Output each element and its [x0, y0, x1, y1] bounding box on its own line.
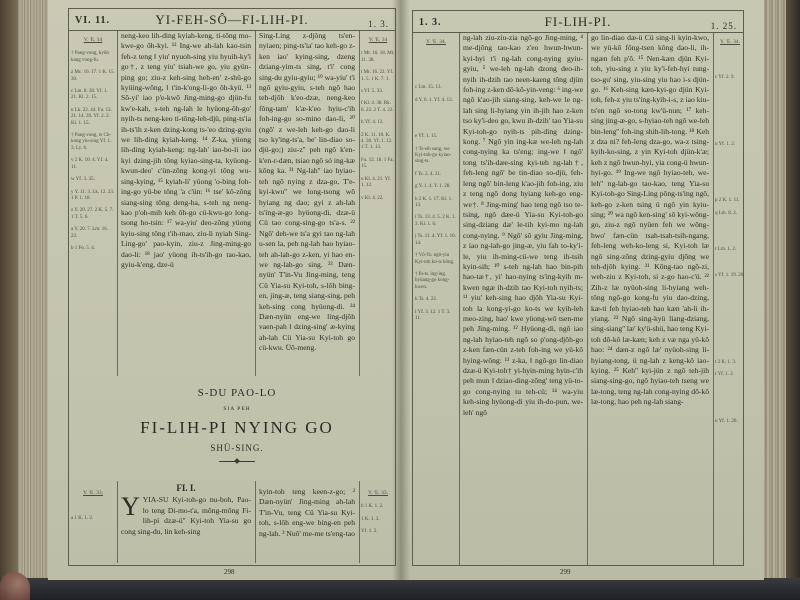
margin-heading: V. 'E. 34 — [71, 37, 115, 43]
margin-ref: h 2 K. 1. 17. Kl. 1. 13. — [415, 197, 457, 210]
page-number-right: 299 — [560, 568, 571, 576]
margin-ref: l Yf. 3. 12. 1 T. 3. 11. — [415, 310, 457, 323]
margin-ref: a Y. 20. 7. Lm. 16. 23. — [71, 227, 115, 240]
column-rule — [255, 481, 256, 563]
column-rule — [359, 31, 360, 376]
chapter-margin-right: Y. 'E. 33. b 1 K. 1. 2. 1 K. 1. 3. Yf. 1… — [361, 484, 395, 564]
margin-ref: t Mt. 16. 22. Yf. 1. 5. 1 K. 7. 1. — [361, 70, 395, 83]
margin-ref: a 1 K. 1. 2. — [71, 516, 115, 522]
title-sia-peh: SIA PEH — [117, 406, 357, 412]
margin-ref: i Ts. 13. 4. 5. 2 K. 1. 3. Kl. 1. 6. — [415, 215, 457, 228]
margin-heading: Y. 'E. 33. — [71, 490, 115, 496]
book-page-edges-right — [764, 0, 800, 600]
margin-ref: k Ts. 4. 22. — [415, 297, 457, 303]
column-rule — [255, 31, 256, 376]
margin-ref: d Y. 6. 1. Yf. 4. 13. — [415, 98, 457, 104]
book-page-edges-left — [0, 0, 48, 600]
right-running-head: 1. 3. FI-LIH-PI. 1. 25. — [413, 11, 743, 33]
epistle-title-block: S-DU PAO-LO SIA PEH FI-LIH-PI NYING GO S… — [117, 387, 357, 462]
column-rule — [117, 31, 118, 376]
margin-ref: † Pang-vong, ts Ch-kong yiu-sing Yf. 1. … — [71, 133, 115, 152]
margin-ref: Yf. 1. 2. — [361, 529, 395, 535]
margin-ref: s Yf. 5. 33. — [361, 89, 395, 95]
column-rule — [587, 33, 588, 565]
margin-ref: t Yf. 1. 2. — [715, 372, 745, 378]
left-page: VI. 11. YI-FEH-SÔ—FI-LIH-PI. 1. 3. V. 'E… — [48, 0, 400, 580]
right-inner-margin-refs: Y. 'E. 34. c Lm. 15. 13. d Y. 6. 1. Yf. … — [415, 33, 457, 553]
left-header-title: YI-FEH-SÔ—FI-LIH-PI. — [69, 12, 395, 28]
margin-ref: t 2 K. 1. 3. — [715, 360, 745, 366]
right-page-frame: 1. 3. FI-LIH-PI. 1. 25. Y. 'E. 34. c Lm.… — [412, 10, 744, 566]
margin-ref: j Ts. 11. 4. Yf. 1. 10. 14. — [415, 234, 457, 247]
margin-ref: z Mc. 16. 17. 1 K. 15. 30. — [71, 70, 115, 83]
margin-ref: 2 K. 11. 10. K. 4. 38. Yf. 1. 12. 1 T. 1… — [361, 133, 395, 152]
chapter-heading: FI. I. — [121, 483, 251, 493]
book-gutter — [392, 0, 410, 580]
margin-ref: r Lm. 1. 2. — [715, 247, 745, 253]
left-running-head: VI. 11. YI-FEH-SÔ—FI-LIH-PI. 1. 3. — [69, 9, 395, 31]
margin-ref: b 1 Fo. 5. 4. — [71, 246, 115, 252]
right-page: 1. 3. FI-LIH-PI. 1. 25. Y. 'E. 34. c Lm.… — [400, 0, 764, 580]
margin-ref: † Ts-sih sang, we Kyi-toh-go kyiao-sing-… — [415, 147, 457, 166]
margin-ref: s Yf. 1. 19. 20. — [715, 273, 745, 279]
margin-ref: c Lm. 15. 13. — [415, 85, 457, 91]
margin-ref: q Lm. 8. 2. — [715, 211, 745, 217]
ornament-divider — [219, 461, 255, 462]
margin-ref: g Y. 1. 4. Y. 1. 28. — [415, 184, 457, 190]
margin-ref: Fu. 12. 18. 1 Fa. 15. — [361, 158, 395, 171]
column-rule — [713, 33, 714, 565]
left-outer-margin-refs: V. 'E. 34 † Pang-vong, kyüh kang vong-fu… — [71, 31, 115, 371]
right-header-title: FI-LIH-PI. — [413, 14, 743, 30]
margin-ref: w Yf. 3. 35. — [71, 177, 115, 183]
right-text-column-2: go lin-diao dæ-ü Cü sing-li kyin-kwo, we… — [591, 33, 709, 563]
margin-ref: † Ih-ts. ing-ing. hyüang-go kong-kwen. — [415, 272, 457, 291]
margin-ref: u Yf. 1. 20. — [715, 419, 745, 425]
left-inner-margin-refs: V. 'E. 34 r Mt. 16. 18. Mt. 11. 38. t Mt… — [361, 31, 395, 371]
margin-ref: u Lk. 22. 44. Fu. 12. 21. 14. 39. Yf. 2.… — [71, 108, 115, 127]
margin-ref: z Y. 20. 27. 2 K. 5. 7. 1 T. 5. 6. — [71, 208, 115, 221]
left-header-verse-ref: 1. 3. — [368, 19, 389, 29]
margin-heading: Y. 'E. 34. — [415, 39, 457, 45]
margin-ref: y Y. 11. 3. Lk. 12. 23. 1 P. 1. 18. — [71, 190, 115, 203]
margin-ref: c Lm. 8. 38. Yf. 1. 21. Kl. 2. 15. — [71, 89, 115, 102]
column-rule — [117, 481, 118, 563]
chapter-1-column-1: FI. I. YYIA-SU Kyi-toh-go nu-boh, Pao-lo… — [121, 483, 251, 563]
margin-ref: p 2 K. 1. 11. — [715, 198, 745, 204]
margin-ref: † Vô-Ts. ngô-yiu Kyi-toh ko-ts kông. — [415, 253, 457, 266]
right-header-verse-ref: 1. 25. — [711, 21, 737, 31]
right-outer-margin-refs: Y. 'E. 34. c Yf. 2. 9. o Yf. 1. 2. p 2 K… — [715, 33, 745, 553]
margin-ref: † Pang-vong, kyüh kang vong-fu. — [71, 51, 115, 64]
margin-ref: r Mt. 16. 18. Mt. 11. 38. — [361, 51, 395, 64]
margin-ref: o Yf. 1. 2. — [715, 142, 745, 148]
chapter-margin-left: Y. 'E. 33. a 1 K. 1. 2. — [71, 484, 115, 564]
thumb-holding-page — [0, 572, 30, 600]
margin-ref: e Yf. 1. 15. — [415, 134, 457, 140]
margin-ref: b 1 K. 1. 2. — [361, 504, 395, 510]
drop-cap: Y — [121, 496, 140, 518]
left-page-frame: VI. 11. YI-FEH-SÔ—FI-LIH-PI. 1. 3. V. 'E… — [68, 8, 396, 566]
margin-heading: Y. 'E. 33. — [361, 490, 395, 496]
column-rule — [459, 33, 460, 565]
margin-ref: h Yf. 4. 12. — [361, 120, 395, 126]
margin-ref: f Kl. 4. 38. Rk. 6. 23. 2 T. 4. 22. — [361, 101, 395, 114]
margin-ref: v 2 K. 10. 4. Yf. 4. 11. — [71, 158, 115, 171]
chapter-text: YIA-SU Kyi-toh-go nu-boh, Pao-lo teng Di… — [121, 495, 251, 535]
margin-heading: Y. 'E. 34. — [715, 39, 745, 45]
title-shu-sing: SHÜ-SING. — [117, 443, 357, 453]
margin-ref: c Yf. 2. 9. — [715, 75, 745, 81]
left-text-column-2: Sing-Ling z-djông ts'en-nyiaen; ping-ts'… — [259, 31, 355, 381]
margin-ref: u Kl. 4. 21. Yf. 1. 12. — [361, 177, 395, 190]
chapter-1-column-2: kyin-toh teng keen-z-go; ² Dæn-nyün' Jin… — [259, 487, 355, 563]
margin-ref: 1 K. 1. 3. — [361, 517, 395, 523]
margin-ref: f Ts. 2. 4. 21. — [415, 172, 457, 178]
title-author: S-DU PAO-LO — [117, 387, 357, 399]
margin-heading: V. 'E. 34 — [361, 37, 395, 43]
table-surface — [0, 578, 800, 600]
column-rule — [359, 481, 360, 563]
title-main: FI-LIH-PI NYING GO — [117, 418, 357, 438]
left-text-column-1: neng-keo lih-ding kyiah-keng, ti-tông mo… — [121, 31, 251, 381]
right-text-column-1: ng-lah ziu-ziu-zia ngô-go Jing-ming, ⁴ m… — [463, 33, 583, 563]
margin-ref: v Kl. 4. 22. — [361, 196, 395, 202]
page-number-left: 298 — [224, 568, 235, 576]
